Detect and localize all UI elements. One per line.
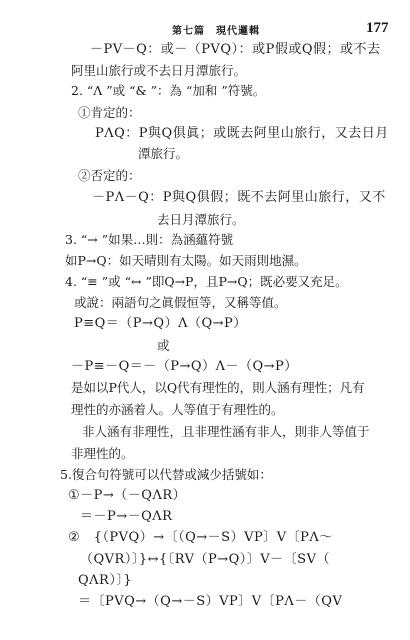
text-line: 潭旅行。 (138, 146, 188, 162)
section-heading-2: 2. “Λ ”或 “& ”：為 “加和 ”符號。 (71, 83, 265, 99)
text-line: 非人涵有非理性，且非理性涵有非人，則非人等值于 (82, 424, 370, 440)
text-line: 去日月潭旅行。 (157, 212, 245, 228)
formula-line: ② {（PVQ）→〔（Q→－S）VP〕V〔PΛ～ (68, 530, 333, 546)
formula-line: （QVR）〕}↔{〔RV（P→Q）〕V－〔SV（ (80, 552, 330, 568)
running-header: 第七篇 現代邏輯 (172, 22, 260, 37)
formula-line: ＝〔PVQ→（Q→－S）VP〕V〔PΛ－（QV (78, 594, 342, 610)
text-line: 是如以P代人，以Q代有理性的，則人涵有理性；凡有 (71, 380, 365, 396)
formula-line: P≡Q＝（P→Q）Λ（Q→P） (74, 316, 247, 332)
section-heading-4: 4. “≡ ”或 “↔ ”即Q→P，且P→Q；既必要又充足。 (65, 274, 348, 290)
text-line: 如P→Q：如天晴則有太陽。如天雨則地濕。 (65, 253, 307, 269)
text-line: 理性的亦涵着人。人等值于有理性的。 (71, 402, 284, 418)
formula-line: －P≡－Q＝－（P→Q）Λ－（Q→P） (71, 359, 298, 375)
book-page: 第七篇 現代邏輯 177 －PV－Q：或－（PVQ）：或P假或Q假；或不去 阿里… (0, 0, 410, 640)
text-line: －PV－Q：或－（PVQ）：或P假或Q假；或不去 (90, 42, 381, 58)
section-heading-3: 3. “→ ”如果…則：為涵蘊符號 (65, 232, 233, 248)
page-number: 177 (366, 20, 389, 37)
text-line: 非理性的。 (71, 446, 134, 462)
formula-line: ①－P→（－QΛR） (68, 488, 186, 504)
subheading-negative: ②否定的： (78, 168, 141, 184)
formula-line: QΛR）〕} (78, 573, 132, 589)
subheading-affirmative: ①肯定的： (78, 105, 141, 121)
formula-line: ＝－P→－QΛR (80, 509, 172, 525)
section-heading-5: 5.復合句符號可以代替或減少括號如： (60, 467, 272, 483)
text-line: PΛQ：P與Q俱眞；或既去阿里山旅行，又去日月 (95, 126, 389, 142)
text-line: 或 (157, 338, 170, 354)
text-line: 或說：兩語句之眞假恒等，又稱等值。 (74, 295, 287, 311)
text-line: －PΛ－Q：P與Q俱假；既不去阿里山旅行，又不 (92, 190, 386, 206)
text-line: 阿里山旅行或不去日月潭旅行。 (71, 63, 246, 79)
